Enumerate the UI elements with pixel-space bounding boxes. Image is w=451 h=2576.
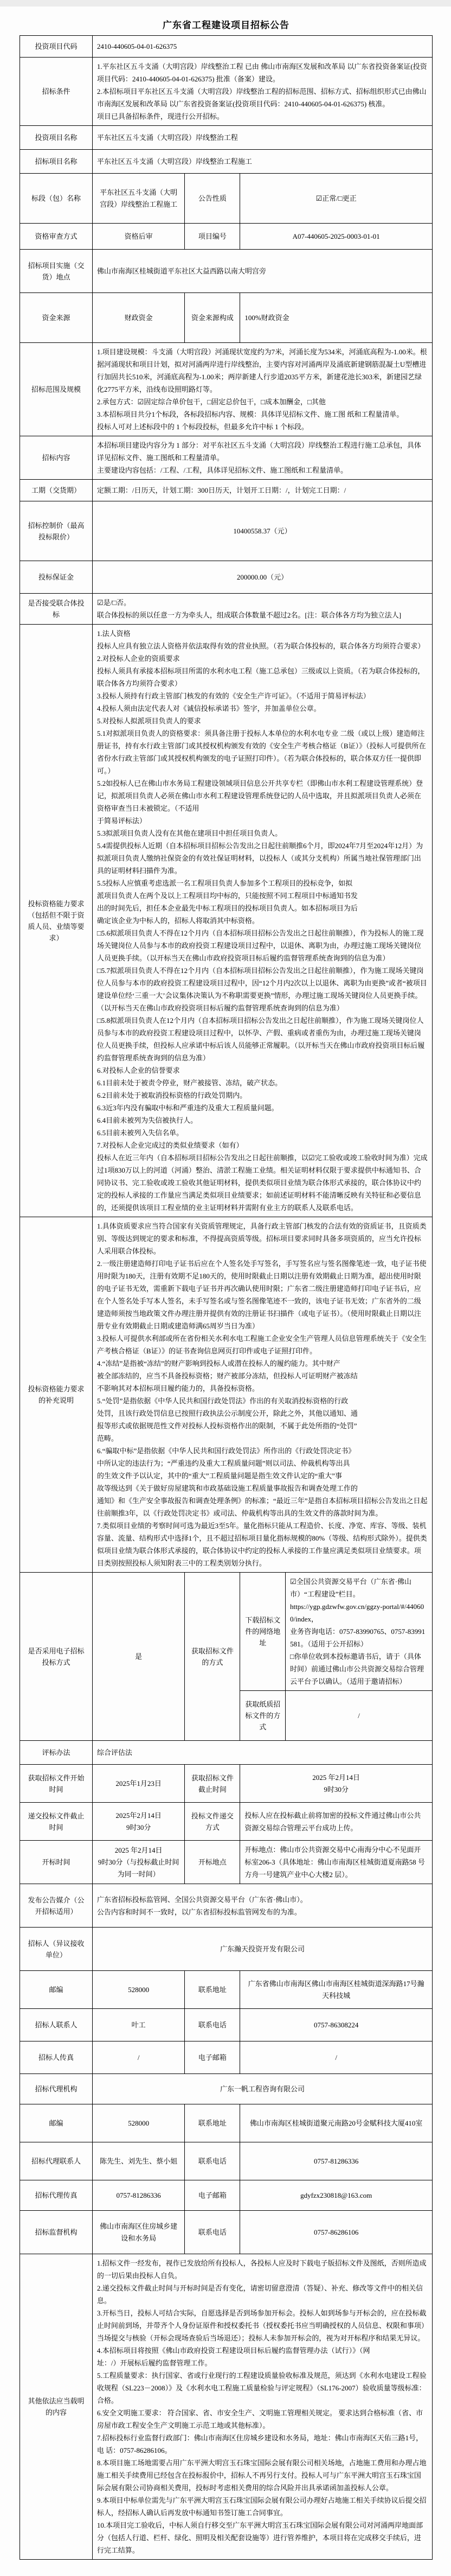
agency-address-label: 联系地址 xyxy=(185,2104,240,2142)
tenderer-contact-value: 叶工 xyxy=(92,2009,184,2041)
qualification-notes-label: 投标资格能力要求的补充说明 xyxy=(20,1217,93,1573)
table-row: 评标办法 综合评估法 xyxy=(20,1741,433,1765)
section-name-label: 标段（包）名称 xyxy=(20,174,93,224)
funding-composition-value: 100%财政资金 xyxy=(240,293,433,343)
table-row: 招标代理联系人 陈先生、刘先生、蔡小姐 联系电话 0757-81286336 xyxy=(20,2142,433,2180)
table-row: 投资项目代码 2410-440605-04-01-626375 xyxy=(20,36,433,58)
e-bidding-value: 是 xyxy=(92,1573,184,1741)
download-url-value: ☑全国公共资源交易平台（广东省·佛山市）“工程建设”栏目。 https://yg… xyxy=(286,1573,433,1691)
top-strip xyxy=(0,0,451,7)
tenderer-address-label: 联系地址 xyxy=(185,1971,240,2009)
notice-nature-label: 公告性质 xyxy=(185,174,240,224)
table-row: 招标控制价（最高投标限价） 10400558.37（元） xyxy=(20,501,433,561)
funding-source-value: 财政资金 xyxy=(92,293,184,343)
announcement-media-label: 发布公告媒介（公开招标适用） xyxy=(20,1884,93,1928)
agency-email-value: gdyfzx230818@163.com xyxy=(240,2180,433,2211)
paper-doc-method-label: 获取纸质招标文件的方式 xyxy=(240,1691,286,1741)
tenderer-phone-label: 联系电话 xyxy=(185,2009,240,2041)
tender-content-label: 招标内容 xyxy=(20,436,93,480)
submission-deadline-label: 递交投标文件截止时间 xyxy=(20,1803,93,1841)
investment-code-value: 2410-440605-04-01-626375 xyxy=(92,36,432,58)
submission-method-label: 投标文件递交方式 xyxy=(185,1803,240,1841)
delivery-location-value: 佛山市南海区桂城街道平东社区大益西路以南大明宫旁 xyxy=(92,250,432,293)
scope-label: 招标范围及规模 xyxy=(20,343,93,436)
tenderer-email-value: / xyxy=(240,2041,433,2074)
agency-contact-value: 陈先生、刘先生、蔡小姐 xyxy=(92,2142,184,2180)
agency-value: 广东一帆工程咨询有限公司 xyxy=(92,2074,432,2104)
tenderer-email-label: 电子邮箱 xyxy=(185,2041,240,2074)
tenderer-label: 招标人（异议接收单位） xyxy=(20,1928,93,1971)
table-row: 获取招标文件开始时间 2025年1月23日 获取招标文件截止时间 2025 年2… xyxy=(20,1765,433,1803)
tender-conditions-value: 1.平东社区五斗支涌（大明宫段）岸线整治工程 已由 佛山市南海区发展和改革局 以… xyxy=(92,58,432,126)
evaluation-method-value: 综合评估法 xyxy=(92,1741,432,1765)
table-row: 是否接受联合体投标 ☑是/□否。 联合体投标的须以任意一方为牵头人，组成联合体数… xyxy=(20,594,433,625)
opening-time-label: 开标时间 xyxy=(20,1841,93,1884)
project-no-label: 项目编号 xyxy=(185,224,240,250)
qualification-requirements-label: 投标资格能力要求（包括但不限于资质人员、业绩等要求） xyxy=(20,625,93,1217)
table-row: 工期（交货期） 定额工期：/日历天，计划工期：300日历天，计划开工日期：/，计… xyxy=(20,480,433,501)
table-row: 发布公告媒介（公开招标适用） 广东省招标投标监管网、全国公共资源交易平台（广东省… xyxy=(20,1884,433,1928)
investment-name-value: 平东社区五斗支涌（大明宫段）岸线整治工程 xyxy=(92,126,432,150)
tender-announcement-document: 广东省工程建设项目招标公告 投资项目代码 2410-440605-04-01-6… xyxy=(20,17,433,2560)
table-row: 递交投标文件截止时间 2025年2月14日 9时30分 投标文件递交方式 投标人… xyxy=(20,1803,433,1841)
tender-content-value: 本招标项目建设内容分为 1 部分：对平东社区五斗支涌（大明宫段）岸线整治工程进行… xyxy=(92,436,432,480)
notice-nature-checkbox-value: ☑正常/□更正 xyxy=(240,174,433,224)
supervisor-label: 招标监督机构 xyxy=(20,2211,93,2254)
tenderer-postcode-label: 邮编 xyxy=(20,1971,93,2009)
table-row: 投资项目名称 平东社区五斗支涌（大明宫段）岸线整治工程 xyxy=(20,126,433,150)
agency-fax-value: 0757-81286336 xyxy=(92,2180,184,2211)
agency-phone-value: 0757-81286336 xyxy=(240,2142,433,2180)
table-row: 招标项目实施（交货）地点 佛山市南海区桂城街道平东社区大益西路以南大明宫旁 xyxy=(20,250,433,293)
table-row: 招标内容 本招标项目建设内容分为 1 部分：对平东社区五斗支涌（大明宫段）岸线整… xyxy=(20,436,433,480)
table-row: 招标人（异议接收单位） 广东瀚天投资开发有限公司 xyxy=(20,1928,433,1971)
table-row: 投标保证金 200000.00（元） xyxy=(20,561,433,594)
doc-end-time-label: 获取招标文件截止时间 xyxy=(185,1765,240,1803)
table-row: 招标代理传真 0757-81286336 电子邮箱 gdyfzx230818@1… xyxy=(20,2180,433,2211)
supervisor-phone-label: 联系电话 xyxy=(185,2211,240,2254)
consortium-checkbox-value: ☑是/□否。 联合体投标的须以任意一方为牵头人，组成联合体数量不超过2名。[注：… xyxy=(92,594,432,625)
tenderer-address-value: 广东省佛山市南海区佛山市南海区桂城街道深海路17号瀚天科技城 xyxy=(240,1971,433,2009)
doc-start-time-value: 2025年1月23日 xyxy=(92,1765,184,1803)
download-url-label: 下载招标文件的网络地址 xyxy=(240,1573,286,1691)
delivery-location-label: 招标项目实施（交货）地点 xyxy=(20,250,93,293)
qualification-notes-value: 1.具体资质要求应当符合国家有关资质管理规定，具备行政主管部门核发的合法有效的资… xyxy=(92,1217,432,1573)
funding-source-label: 资金来源 xyxy=(20,293,93,343)
table-row: 招标监督机构 佛山市南海区住房城乡建设和水务局 联系电话 0757-862861… xyxy=(20,2211,433,2254)
investment-name-label: 投资项目名称 xyxy=(20,126,93,150)
doc-end-time-value: 2025 年2月14日 9时30分 xyxy=(240,1765,433,1803)
table-row: 招标范围及规模 1.项目建设规模：斗支涌（大明宫段）河涌现状宽度约为7米，河涌长… xyxy=(20,343,433,436)
qualification-review-label: 资格审查方式 xyxy=(20,224,93,250)
tenderer-fax-label: 招标人传真 xyxy=(20,2041,93,2074)
table-row: 招标人传真 / 电子邮箱 / xyxy=(20,2041,433,2074)
table-row: 开标时间 2025 年2月14日 9时30分（与投标截止时间为同一时间） 开标地… xyxy=(20,1841,433,1884)
control-price-value: 10400558.37（元） xyxy=(92,501,432,561)
paper-doc-method-value: / xyxy=(286,1691,433,1741)
agency-phone-label: 联系电话 xyxy=(185,2142,240,2180)
evaluation-method-label: 评标办法 xyxy=(20,1741,93,1765)
project-no-value: A07-440605-2025-0003-01-01 xyxy=(240,224,433,250)
table-row: 投标资格能力要求（包括但不限于资质人员、业绩等要求） 1.法人资格 投标人应具有… xyxy=(20,625,433,1217)
supervisor-value: 佛山市南海区住房城乡建设和水务局 xyxy=(92,2211,184,2254)
duration-label: 工期（交货期） xyxy=(20,480,93,501)
table-row: 资金来源 财政资金 资金来源构成 100%财政资金 xyxy=(20,293,433,343)
e-bidding-label: 是否采用电子招标投标方式 xyxy=(20,1573,93,1741)
agency-email-label: 电子邮箱 xyxy=(185,2180,240,2211)
doc-start-time-label: 获取招标文件开始时间 xyxy=(20,1765,93,1803)
tender-announcement-table: 投资项目代码 2410-440605-04-01-626375 招标条件 1.平… xyxy=(20,35,433,2560)
supervisor-phone-value: 0757-86286106 xyxy=(240,2211,433,2254)
table-row: 是否采用电子招标投标方式 是 获取招标文件的方式 下载招标文件的网络地址 ☑全国… xyxy=(20,1573,433,1691)
table-row: 邮编 528000 联系地址 佛山市南海区桂城街道聚元南路20号金赋科技大厦41… xyxy=(20,2104,433,2142)
qualification-requirements-value: 1.法人资格 投标人应具有独立法人资格并依法取得有效的营业执照。（若为联合体投标… xyxy=(92,625,432,1217)
table-row: 邮编 528000 联系地址 广东省佛山市南海区佛山市南海区桂城街道深海路17号… xyxy=(20,1971,433,2009)
section-name-value: 平东社区五斗支涌（大明宫段）岸线整治工程施工 xyxy=(92,174,184,224)
table-row: 其他依法应当载明的内容 1.招标文件一经发布，视作已发放给所有投标人，各投标人应… xyxy=(20,2254,433,2560)
table-row: 招标代理机构 广东一帆工程咨询有限公司 xyxy=(20,2074,433,2104)
tenderer-value: 广东瀚天投资开发有限公司 xyxy=(92,1928,432,1971)
submission-deadline-value: 2025年2月14日 9时30分 xyxy=(92,1803,184,1841)
table-row: 标段（包）名称 平东社区五斗支涌（大明宫段）岸线整治工程施工 公告性质 ☑正常/… xyxy=(20,174,433,224)
tender-name-value: 平东社区五斗支涌（大明宫段）岸线整治工程施工 xyxy=(92,150,432,174)
investment-code-label: 投资项目代码 xyxy=(20,36,93,58)
agency-contact-label: 招标代理联系人 xyxy=(20,2142,93,2180)
table-row: 招标人联系人 叶工 联系电话 0757-86308224 xyxy=(20,2009,433,2041)
tenderer-fax-value: / xyxy=(92,2041,184,2074)
tender-conditions-label: 招标条件 xyxy=(20,58,93,126)
announcement-media-value: 广东省招标投标监管网、全国公共资源交易平台（广东省·佛山市）。 公告内容和时间不… xyxy=(92,1884,432,1928)
funding-composition-label: 资金来源构成 xyxy=(185,293,240,343)
opening-time-value: 2025 年2月14日 9时30分（与投标截止时间为同一时间） xyxy=(92,1841,184,1884)
table-row: 资格审查方式 资格后审 项目编号 A07-440605-2025-0003-01… xyxy=(20,224,433,250)
control-price-label: 招标控制价（最高投标限价） xyxy=(20,501,93,561)
duration-value: 定额工期：/日历天，计划工期：300日历天，计划开工日期：/，计划完工日期：/ xyxy=(92,480,432,501)
qualification-review-value: 资格后审 xyxy=(92,224,184,250)
table-row: 招标条件 1.平东社区五斗支涌（大明宫段）岸线整治工程 已由 佛山市南海区发展和… xyxy=(20,58,433,126)
agency-fax-label: 招标代理传真 xyxy=(20,2180,93,2211)
tenderer-phone-value: 0757-86308224 xyxy=(240,2009,433,2041)
consortium-label: 是否接受联合体投标 xyxy=(20,594,93,625)
tenderer-postcode-value: 528000 xyxy=(92,1971,184,2009)
bid-bond-value: 200000.00（元） xyxy=(92,561,432,594)
bid-bond-label: 投标保证金 xyxy=(20,561,93,594)
agency-postcode-value: 528000 xyxy=(92,2104,184,2142)
agency-postcode-label: 邮编 xyxy=(20,2104,93,2142)
doc-acquisition-method-label: 获取招标文件的方式 xyxy=(185,1573,240,1741)
tenderer-contact-label: 招标人联系人 xyxy=(20,2009,93,2041)
submission-method-value: 投标人应在投标截止前将加密的投标文件通过佛山市公共资源交易综合管理云平台成功上传… xyxy=(240,1803,433,1841)
other-required-content-value: 1.招标文件一经发布，视作已发放给所有投标人，各投标人应及时下载电子版招标文件及… xyxy=(92,2254,432,2560)
agency-label: 招标代理机构 xyxy=(20,2074,93,2104)
opening-place-label: 开标地点 xyxy=(185,1841,240,1884)
table-row: 投标资格能力要求的补充说明 1.具体资质要求应当符合国家有关资质管理规定，具备行… xyxy=(20,1217,433,1573)
scope-value: 1.项目建设规模：斗支涌（大明宫段）河涌现状宽度约为7米，河涌长度为534米，河… xyxy=(92,343,432,436)
agency-address-value: 佛山市南海区桂城街道聚元南路20号金赋科技大厦410室 xyxy=(240,2104,433,2142)
tender-name-label: 招标项目名称 xyxy=(20,150,93,174)
page-title: 广东省工程建设项目招标公告 xyxy=(20,17,433,31)
table-row: 招标项目名称 平东社区五斗支涌（大明宫段）岸线整治工程施工 xyxy=(20,150,433,174)
opening-place-value: 开标地点：佛山市公共资源交易中心南海分中心不见面开标室206-3（具体地址：佛山… xyxy=(240,1841,433,1884)
other-required-content-label: 其他依法应当载明的内容 xyxy=(20,2254,93,2560)
